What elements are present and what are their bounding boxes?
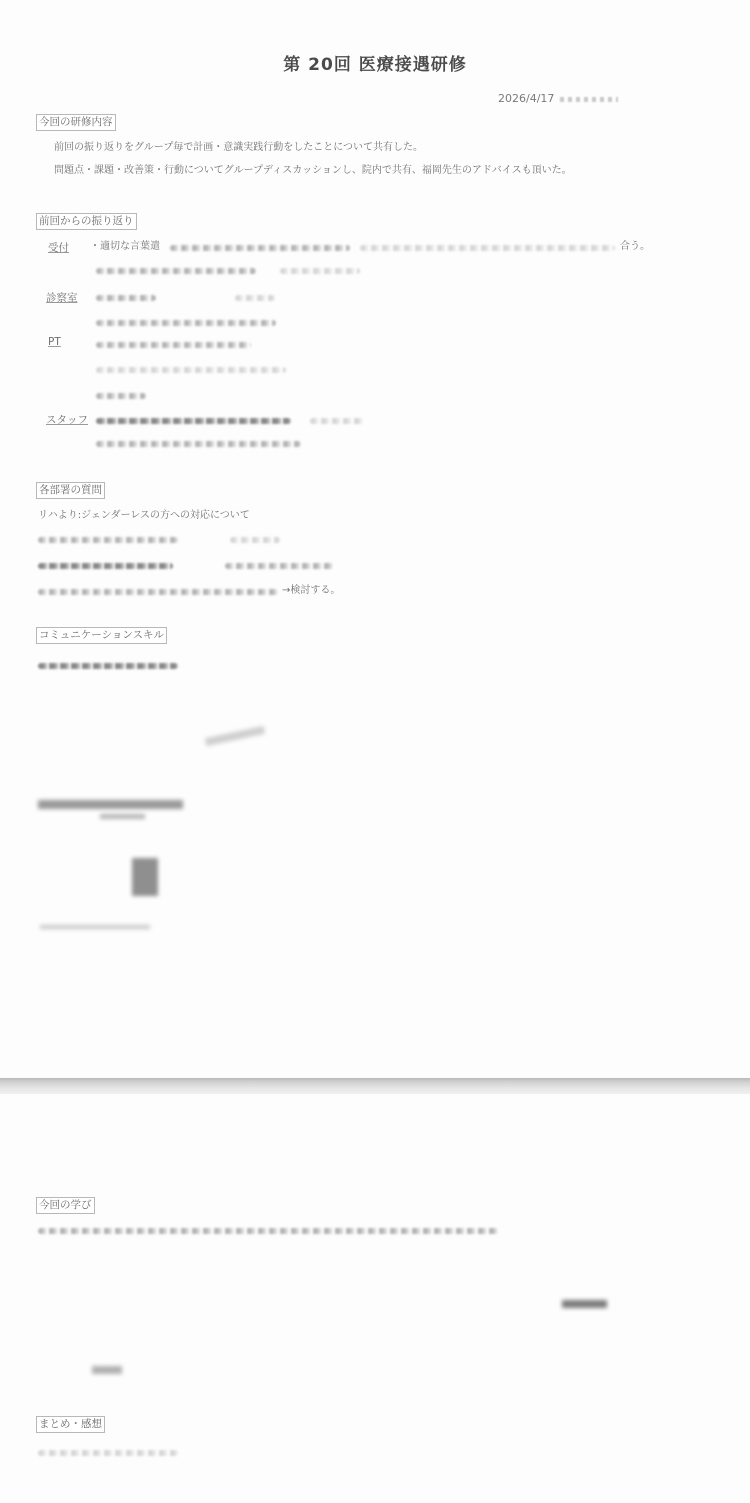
redacted-text	[96, 295, 156, 301]
overview-line-1: 前回の振り返りをグループ毎で計画・意識実践行動をしたことについて共有した。	[54, 141, 423, 155]
redacted-text	[560, 97, 618, 102]
redacted-mark	[40, 925, 150, 929]
redacted-text	[96, 418, 291, 424]
redacted-text	[96, 393, 146, 399]
document-page-2: 今回の学び まとめ・感想	[0, 1094, 750, 1503]
redacted-mark	[100, 814, 145, 819]
redacted-text	[96, 320, 276, 326]
overview-line-2: 問題点・課題・改善策・行動についてグループディスカッションし、院内で共有、福岡先…	[54, 164, 572, 178]
section-heading-communication: コミュニケーションスキル	[36, 627, 167, 644]
reception-line-suffix: 合う。	[620, 240, 650, 254]
redacted-text	[38, 1450, 178, 1456]
date-text: 2026/4/17	[498, 92, 554, 105]
redacted-text	[38, 663, 178, 669]
redacted-text	[38, 1228, 498, 1234]
redacted-text	[225, 563, 335, 569]
redacted-text	[310, 418, 365, 424]
section-heading-questions: 各部署の質問	[36, 482, 105, 499]
reception-line-prefix: ・適切な言葉遣	[90, 240, 160, 254]
redacted-text	[96, 268, 256, 274]
redacted-mark	[92, 1366, 122, 1374]
redacted-text	[96, 441, 301, 447]
questions-line-suffix: →検討する。	[282, 584, 340, 598]
redacted-text	[360, 245, 615, 251]
redacted-text	[280, 268, 360, 274]
redacted-mark	[38, 800, 183, 809]
redacted-text	[170, 245, 350, 251]
department-label-exam-room: 診察室	[46, 290, 78, 305]
department-label-staff: スタッフ	[46, 412, 88, 427]
redacted-text	[38, 563, 173, 569]
redacted-text	[235, 295, 275, 301]
questions-line-1: リハより:ジェンダーレスの方への対応について	[38, 509, 250, 523]
redacted-text	[96, 342, 251, 348]
redacted-mark	[562, 1300, 607, 1308]
department-label-reception: 受付	[48, 240, 69, 255]
redacted-text	[230, 537, 280, 543]
document-date: 2026/4/17	[498, 92, 618, 105]
redacted-text	[96, 367, 286, 373]
document-page-1: 第 20回 医療接遇研修 2026/4/17 今回の研修内容 前回の振り返りをグ…	[0, 0, 750, 1080]
page-separator	[0, 1078, 750, 1095]
section-heading-learning: 今回の学び	[36, 1197, 95, 1214]
department-label-pt: PT	[48, 336, 61, 348]
section-heading-review: 前回からの振り返り	[36, 213, 137, 230]
section-heading-overview: 今回の研修内容	[36, 114, 116, 131]
redacted-text	[38, 589, 278, 595]
redacted-mark	[132, 858, 158, 896]
document-title: 第 20回 医療接遇研修	[0, 50, 750, 75]
redacted-text	[38, 537, 178, 543]
section-heading-summary: まとめ・感想	[36, 1416, 105, 1433]
redacted-mark	[205, 726, 265, 746]
